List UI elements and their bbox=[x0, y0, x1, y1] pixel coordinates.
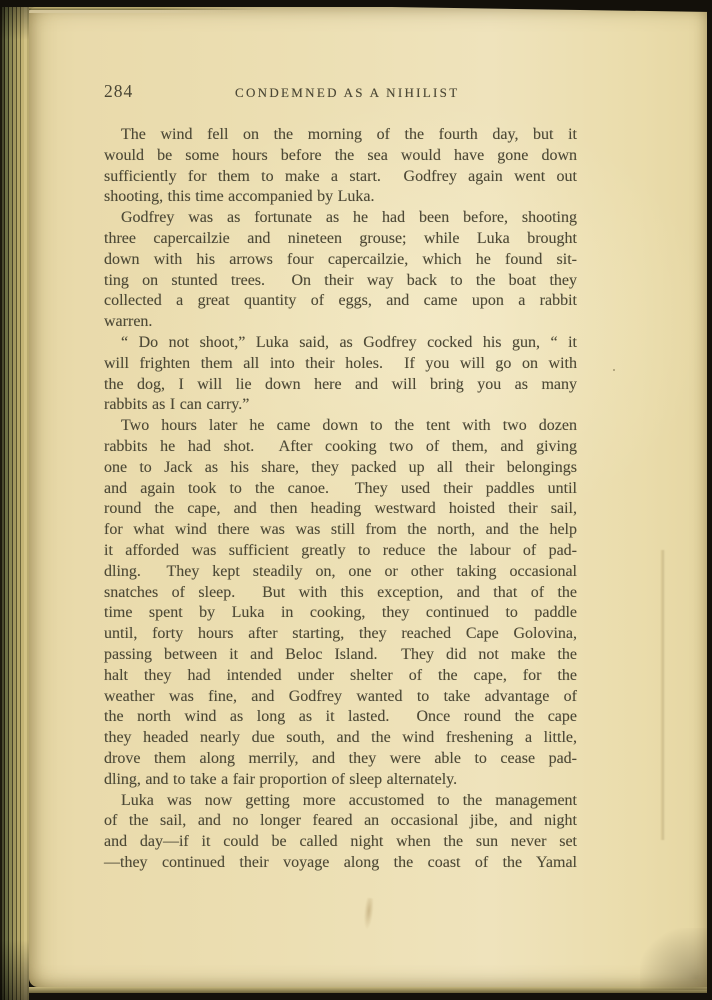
printed-content: 284 CONDEMNED AS A NIHILIST The wind fel… bbox=[0, 0, 712, 1000]
text-line: halt they had intended under shelter of … bbox=[104, 666, 577, 687]
text-line: Two hours later he came down to the tent… bbox=[104, 416, 577, 437]
text-line: ting on stunted trees. On their way back… bbox=[104, 271, 577, 292]
text-line: and again took to the canoe. They used t… bbox=[104, 479, 577, 500]
text-line: it afforded was sufficient greatly to re… bbox=[104, 541, 577, 562]
text-line: Luka was now getting more accustomed to … bbox=[104, 791, 577, 812]
text-line: rabbits he had shot. After cooking two o… bbox=[104, 437, 577, 458]
book-scan: { "page": { "number": "284", "running_ti… bbox=[0, 0, 712, 1000]
text-line: the dog, I will lie down here and will b… bbox=[104, 375, 577, 396]
body-text: The wind fell on the morning of the four… bbox=[104, 125, 577, 874]
text-line: drove them along merrily, and they were … bbox=[104, 749, 577, 770]
text-line: they headed nearly due south, and the wi… bbox=[104, 728, 577, 749]
text-line: warren. bbox=[104, 312, 577, 333]
text-line: three capercailzie and nineteen grouse; … bbox=[104, 229, 577, 250]
text-line: collected a great quantity of eggs, and … bbox=[104, 291, 577, 312]
paragraph: Luka was now getting more accustomed to … bbox=[104, 791, 577, 874]
text-line: The wind fell on the morning of the four… bbox=[104, 125, 577, 146]
text-line: down with his arrows four capercailzie, … bbox=[104, 250, 577, 271]
text-line: passing between it and Beloc Island. The… bbox=[104, 645, 577, 666]
text-line: until, forty hours after starting, they … bbox=[104, 624, 577, 645]
text-line: for what wind there was was still from t… bbox=[104, 520, 577, 541]
paragraph: Two hours later he came down to the tent… bbox=[104, 416, 577, 790]
text-line: sufficiently for them to make a start. G… bbox=[104, 167, 577, 188]
text-line: weather was fine, and Godfrey wanted to … bbox=[104, 687, 577, 708]
paragraph: “ Do not shoot,” Luka said, as Godfrey c… bbox=[104, 333, 577, 416]
page-header: 284 CONDEMNED AS A NIHILIST bbox=[104, 81, 577, 103]
text-line: time spent by Luka in cooking, they cont… bbox=[104, 603, 577, 624]
text-line: dling, and to take a fair proportion of … bbox=[104, 770, 577, 791]
text-line: one to Jack as his share, they packed up… bbox=[104, 458, 577, 479]
page-number: 284 bbox=[104, 81, 133, 102]
text-line: would be some hours before the sea would… bbox=[104, 146, 577, 167]
text-line: and day—if it could be called night when… bbox=[104, 832, 577, 853]
running-title: CONDEMNED AS A NIHILIST bbox=[235, 85, 459, 101]
text-line: “ Do not shoot,” Luka said, as Godfrey c… bbox=[104, 333, 577, 354]
text-line: shooting, this time accompanied by Luka. bbox=[104, 187, 577, 208]
text-line: snatches of sleep. But with this excepti… bbox=[104, 583, 577, 604]
text-line: —they continued their voyage along the c… bbox=[104, 853, 577, 874]
text-line: of the sail, and no longer feared an occ… bbox=[104, 811, 577, 832]
text-line: will frighten them all into their holes.… bbox=[104, 354, 577, 375]
paragraph: Godfrey was as fortunate as he had been … bbox=[104, 208, 577, 333]
text-line: Godfrey was as fortunate as he had been … bbox=[104, 208, 577, 229]
text-line: dling. They kept steadily on, one or oth… bbox=[104, 562, 577, 583]
text-line: round the cape, and then heading westwar… bbox=[104, 499, 577, 520]
paragraph: The wind fell on the morning of the four… bbox=[104, 125, 577, 208]
text-line: the north wind as long as it lasted. Onc… bbox=[104, 707, 577, 728]
text-line: rabbits as I can carry.” bbox=[104, 395, 577, 416]
